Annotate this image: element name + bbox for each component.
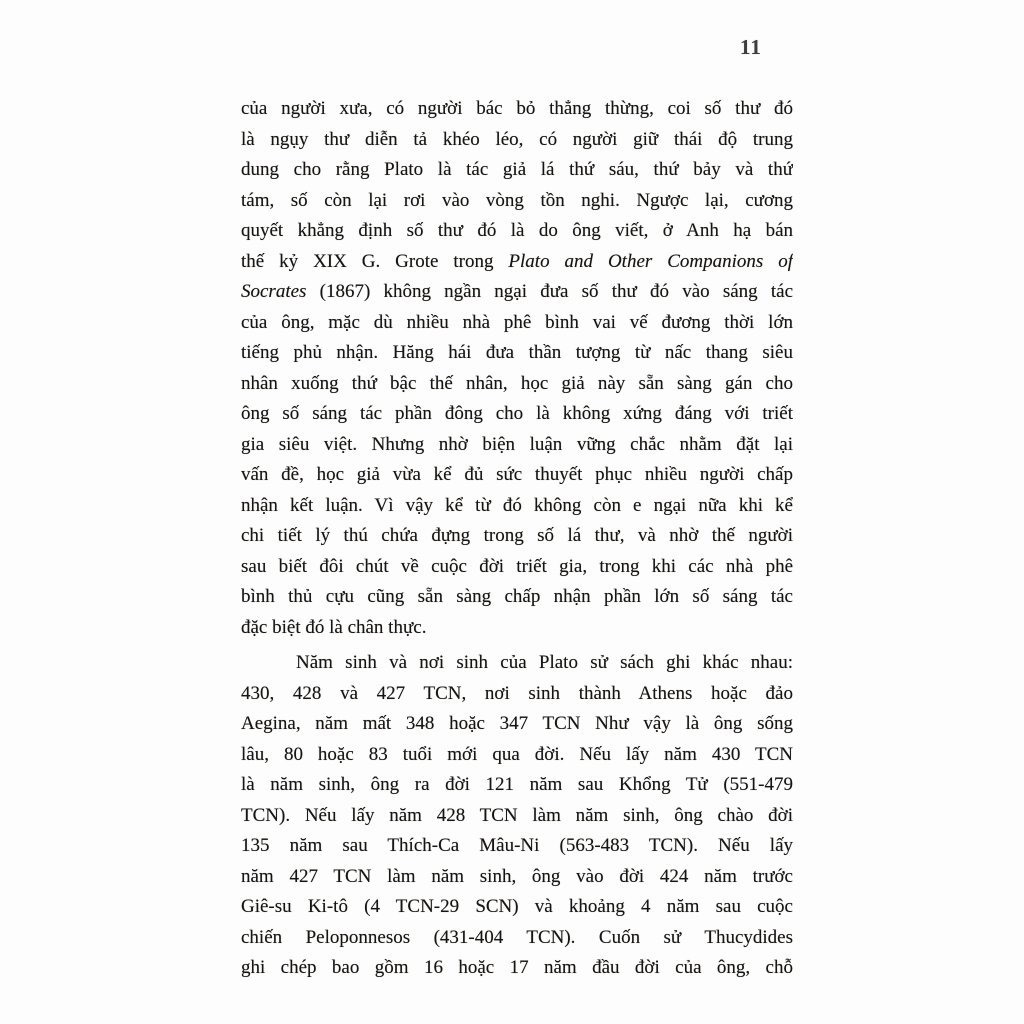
text-line: lâu, 80 hoặc 83 tuổi mới qua đời. Nếu lấ… <box>241 740 793 771</box>
text-segment: của ông, mặc dù nhiều nhà phê bình vai v… <box>241 312 793 333</box>
text-segment: là ngụy thư diễn tả khéo léo, có người g… <box>241 129 793 150</box>
text-segment: nhân xuống thứ bậc thế nhân, học giả này… <box>241 373 793 394</box>
text-segment: Aegina, năm mất 348 hoặc 347 TCN Như vậy… <box>241 713 793 734</box>
text-segment: Giê-su Ki-tô (4 TCN-29 SCN) và khoảng 4 … <box>241 896 793 917</box>
text-line: ghi chép bao gồm 16 hoặc 17 năm đầu đời … <box>241 953 793 984</box>
text-line: sau biết đôi chút về cuộc đời triết gia,… <box>241 552 793 583</box>
text-segment: sau biết đôi chút về cuộc đời triết gia,… <box>241 556 793 577</box>
text-segment: Năm sinh và nơi sinh của Plato sử sách g… <box>296 652 793 673</box>
text-line: bình thủ cựu cũng sẵn sàng chấp nhận phầ… <box>241 582 793 613</box>
text-line: chiến Peloponnesos (431-404 TCN). Cuốn s… <box>241 923 793 954</box>
text-segment: chiến Peloponnesos (431-404 TCN). Cuốn s… <box>241 927 793 948</box>
page-number: 11 <box>740 35 762 60</box>
text-segment: là năm sinh, ông ra đời 121 năm sau Khổn… <box>241 774 793 795</box>
text-line: Năm sinh và nơi sinh của Plato sử sách g… <box>241 648 793 679</box>
text-segment: ông số sáng tác phần đông cho là không x… <box>241 403 793 424</box>
text-segment: tám, số còn lại rơi vào vòng tồn nghi. N… <box>241 190 793 211</box>
text-line: của ông, mặc dù nhiều nhà phê bình vai v… <box>241 308 793 339</box>
text-segment: đặc biệt đó là chân thực. <box>241 617 426 638</box>
text-segment: bình thủ cựu cũng sẵn sàng chấp nhận phầ… <box>241 586 793 607</box>
text-segment: ghi chép bao gồm 16 hoặc 17 năm đầu đời … <box>241 957 793 978</box>
text-segment: vấn đề, học giả vừa kể đủ sức thuyết phụ… <box>241 464 793 485</box>
text-segment: tiếng phủ nhận. Hăng hái đưa thần tượng … <box>241 342 793 363</box>
text-segment: 430, 428 và 427 TCN, nơi sinh thành Athe… <box>241 683 793 704</box>
text-line: chi tiết lý thú chứa đựng trong số lá th… <box>241 521 793 552</box>
text-line: tám, số còn lại rơi vào vòng tồn nghi. N… <box>241 186 793 217</box>
text-line: là ngụy thư diễn tả khéo léo, có người g… <box>241 125 793 156</box>
text-segment: chi tiết lý thú chứa đựng trong số lá th… <box>241 525 793 546</box>
text-line: Giê-su Ki-tô (4 TCN-29 SCN) và khoảng 4 … <box>241 892 793 923</box>
text-line: 430, 428 và 427 TCN, nơi sinh thành Athe… <box>241 679 793 710</box>
book-page: 11 của người xưa, có người bác bỏ thẳng … <box>0 0 1024 1024</box>
text-line: Aegina, năm mất 348 hoặc 347 TCN Như vậy… <box>241 709 793 740</box>
text-line: Socrates (1867) không ngần ngại đưa số t… <box>241 277 793 308</box>
book-title-italic: Plato and Other Companions of <box>508 251 793 272</box>
text-segment: năm 427 TCN làm năm sinh, ông vào đời 42… <box>241 866 793 887</box>
text-segment: 135 năm sau Thích-Ca Mâu-Ni (563-483 TCN… <box>241 835 793 856</box>
text-segment: của người xưa, có người bác bỏ thẳng thừ… <box>241 98 793 119</box>
text-segment: quyết khẳng định số thư đó là do ông viế… <box>241 220 793 241</box>
text-line: đặc biệt đó là chân thực. <box>241 613 793 644</box>
text-line: tiếng phủ nhận. Hăng hái đưa thần tượng … <box>241 338 793 369</box>
text-segment: gia siêu việt. Nhưng nhờ biện luận vững … <box>241 434 793 455</box>
text-line: của người xưa, có người bác bỏ thẳng thừ… <box>241 94 793 125</box>
text-line: quyết khẳng định số thư đó là do ông viế… <box>241 216 793 247</box>
text-segment: (1867) không ngần ngại đưa số thư đó vào… <box>306 281 793 302</box>
text-line: gia siêu việt. Nhưng nhờ biện luận vững … <box>241 430 793 461</box>
text-line: vấn đề, học giả vừa kể đủ sức thuyết phụ… <box>241 460 793 491</box>
paragraph: Năm sinh và nơi sinh của Plato sử sách g… <box>241 648 793 984</box>
text-segment: dung cho rằng Plato là tác giả lá thứ sá… <box>241 159 793 180</box>
text-line: năm 427 TCN làm năm sinh, ông vào đời 42… <box>241 862 793 893</box>
text-line: ông số sáng tác phần đông cho là không x… <box>241 399 793 430</box>
text-line: dung cho rằng Plato là tác giả lá thứ sá… <box>241 155 793 186</box>
text-line: nhân xuống thứ bậc thế nhân, học giả này… <box>241 369 793 400</box>
text-line: là năm sinh, ông ra đời 121 năm sau Khổn… <box>241 770 793 801</box>
text-line: TCN). Nếu lấy năm 428 TCN làm năm sinh, … <box>241 801 793 832</box>
paragraph: của người xưa, có người bác bỏ thẳng thừ… <box>241 94 793 643</box>
text-line: nhận kết luận. Vì vậy kể từ đó không còn… <box>241 491 793 522</box>
page-text: của người xưa, có người bác bỏ thẳng thừ… <box>241 94 793 984</box>
text-line: 135 năm sau Thích-Ca Mâu-Ni (563-483 TCN… <box>241 831 793 862</box>
text-segment: TCN). Nếu lấy năm 428 TCN làm năm sinh, … <box>241 805 793 826</box>
text-segment: nhận kết luận. Vì vậy kể từ đó không còn… <box>241 495 793 516</box>
text-segment: thế kỷ XIX G. Grote trong <box>241 251 508 272</box>
text-segment: lâu, 80 hoặc 83 tuổi mới qua đời. Nếu lấ… <box>241 744 793 765</box>
text-line: thế kỷ XIX G. Grote trong Plato and Othe… <box>241 247 793 278</box>
book-title-italic: Socrates <box>241 281 306 302</box>
